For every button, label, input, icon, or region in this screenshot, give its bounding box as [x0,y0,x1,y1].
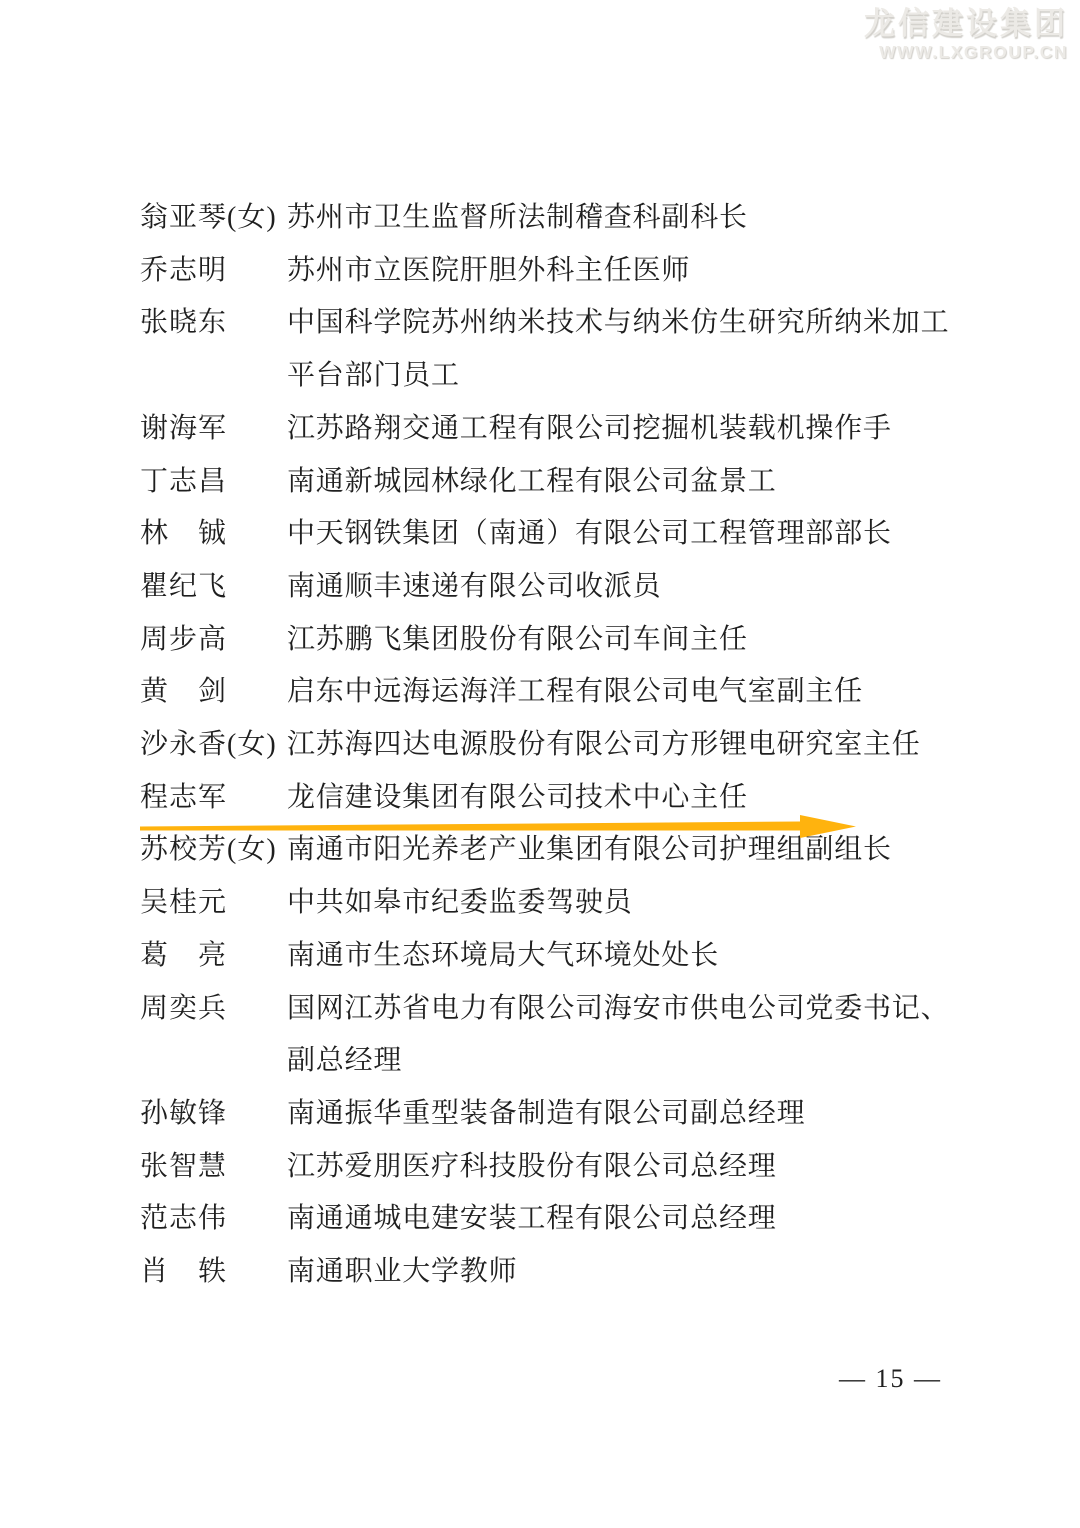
list-entry: 林 铖中天钢铁集团（南通）有限公司工程管理部部长 [140,508,952,561]
entry-description: 南通新城园林绿化工程有限公司盆景工 [287,456,952,509]
entry-description-line: 南通市生态环境局大气环境处处长 [287,930,952,983]
entry-description: 南通职业大学教师 [287,1246,952,1299]
entry-description-line: 中国科学院苏州纳米技术与纳米仿生研究所纳米加工 [287,297,952,350]
entry-description-line: 苏州市卫生监督所法制稽查科副科长 [287,192,952,245]
entry-description-line: 平台部门员工 [287,350,952,403]
entry-name: 翁亚琴(女) [140,192,287,245]
list-entry: 肖 轶南通职业大学教师 [140,1246,952,1299]
entry-description-line: 南通振华重型装备制造有限公司副总经理 [287,1088,952,1141]
list-entry: 张晓东中国科学院苏州纳米技术与纳米仿生研究所纳米加工平台部门员工 [140,297,952,402]
entry-description: 苏州市立医院肝胆外科主任医师 [287,245,952,298]
entry-description: 江苏鹏飞集团股份有限公司车间主任 [287,614,952,667]
list-entry: 苏校芳(女)南通市阳光养老产业集团有限公司护理组副组长 [140,824,952,877]
watermark-logo: 龙信建设集团 WWW.LXGROUP.CN [864,6,1068,62]
entry-name: 葛 亮 [140,930,287,983]
document-page: 龙信建设集团 WWW.LXGROUP.CN 翁亚琴(女)苏州市卫生监督所法制稽查… [0,0,1080,1528]
list-entry: 范志伟南通通城电建安装工程有限公司总经理 [140,1193,952,1246]
entry-description: 南通市阳光养老产业集团有限公司护理组副组长 [287,824,952,877]
entry-description-line: 龙信建设集团有限公司技术中心主任 [287,772,952,825]
entry-name: 林 铖 [140,508,287,561]
entry-description: 江苏路翔交通工程有限公司挖掘机装载机操作手 [287,403,952,456]
list-entry: 周奕兵国网江苏省电力有限公司海安市供电公司党委书记、副总经理 [140,983,952,1088]
entry-description: 江苏爱朋医疗科技股份有限公司总经理 [287,1141,952,1194]
list-entry: 葛 亮南通市生态环境局大气环境处处长 [140,930,952,983]
page-number: — 15 — [839,1364,942,1394]
entry-description: 南通顺丰速递有限公司收派员 [287,561,952,614]
entry-name: 丁志昌 [140,456,287,509]
entry-description-line: 江苏路翔交通工程有限公司挖掘机装载机操作手 [287,403,952,456]
entry-description: 龙信建设集团有限公司技术中心主任 [287,772,952,825]
brand-url-text: WWW.LXGROUP.CN [864,42,1068,62]
entry-description-line: 启东中远海运海洋工程有限公司电气室副主任 [287,666,952,719]
entry-name: 谢海军 [140,403,287,456]
entry-description-line: 江苏爱朋医疗科技股份有限公司总经理 [287,1141,952,1194]
entry-description-line: 南通新城园林绿化工程有限公司盆景工 [287,456,952,509]
entry-description-line: 国网江苏省电力有限公司海安市供电公司党委书记、 [287,983,952,1036]
entry-description-line: 南通市阳光养老产业集团有限公司护理组副组长 [287,824,952,877]
entry-name: 瞿纪飞 [140,561,287,614]
entry-name: 苏校芳(女) [140,824,287,877]
entry-description: 中国科学院苏州纳米技术与纳米仿生研究所纳米加工平台部门员工 [287,297,952,402]
entry-description: 启东中远海运海洋工程有限公司电气室副主任 [287,666,952,719]
entry-description-line: 江苏海四达电源股份有限公司方形锂电研究室主任 [287,719,952,772]
entry-name: 范志伟 [140,1193,287,1246]
list-entry: 张智慧江苏爱朋医疗科技股份有限公司总经理 [140,1141,952,1194]
entry-description: 南通市生态环境局大气环境处处长 [287,930,952,983]
list-entry: 周步高江苏鹏飞集团股份有限公司车间主任 [140,614,952,667]
list-entry: 程志军龙信建设集团有限公司技术中心主任 [140,772,952,825]
entry-name: 乔志明 [140,245,287,298]
entry-name: 肖 轶 [140,1246,287,1299]
entry-description: 中天钢铁集团（南通）有限公司工程管理部部长 [287,508,952,561]
entry-description-line: 中共如皋市纪委监委驾驶员 [287,877,952,930]
entry-name: 吴桂元 [140,877,287,930]
list-entry: 乔志明苏州市立医院肝胆外科主任医师 [140,245,952,298]
entry-name: 沙永香(女) [140,719,287,772]
list-entry: 吴桂元中共如皋市纪委监委驾驶员 [140,877,952,930]
list-entry: 翁亚琴(女)苏州市卫生监督所法制稽查科副科长 [140,192,952,245]
entry-name: 程志军 [140,772,287,825]
entry-name: 孙敏锋 [140,1088,287,1141]
list-entry: 黄 剑启东中远海运海洋工程有限公司电气室副主任 [140,666,952,719]
entry-description: 南通通城电建安装工程有限公司总经理 [287,1193,952,1246]
list-entry: 孙敏锋南通振华重型装备制造有限公司副总经理 [140,1088,952,1141]
entry-description-line: 南通顺丰速递有限公司收派员 [287,561,952,614]
entry-description-line: 南通通城电建安装工程有限公司总经理 [287,1193,952,1246]
entry-name: 张晓东 [140,297,287,350]
entry-name: 周奕兵 [140,983,287,1036]
list-entry: 瞿纪飞南通顺丰速递有限公司收派员 [140,561,952,614]
recognition-list: 翁亚琴(女)苏州市卫生监督所法制稽查科副科长乔志明苏州市立医院肝胆外科主任医师张… [140,192,952,1299]
list-entry: 沙永香(女)江苏海四达电源股份有限公司方形锂电研究室主任 [140,719,952,772]
entry-name: 张智慧 [140,1141,287,1194]
entry-description-line: 副总经理 [287,1035,952,1088]
entry-name: 黄 剑 [140,666,287,719]
entry-description: 国网江苏省电力有限公司海安市供电公司党委书记、副总经理 [287,983,952,1088]
entry-description: 南通振华重型装备制造有限公司副总经理 [287,1088,952,1141]
entry-description-line: 苏州市立医院肝胆外科主任医师 [287,245,952,298]
entry-description: 苏州市卫生监督所法制稽查科副科长 [287,192,952,245]
entry-description-line: 江苏鹏飞集团股份有限公司车间主任 [287,614,952,667]
entry-name: 周步高 [140,614,287,667]
entry-description: 江苏海四达电源股份有限公司方形锂电研究室主任 [287,719,952,772]
brand-text: 龙信建设集团 [864,6,1068,42]
entry-description-line: 南通职业大学教师 [287,1246,952,1299]
entry-description: 中共如皋市纪委监委驾驶员 [287,877,952,930]
list-entry: 丁志昌南通新城园林绿化工程有限公司盆景工 [140,456,952,509]
entry-description-line: 中天钢铁集团（南通）有限公司工程管理部部长 [287,508,952,561]
list-entry: 谢海军江苏路翔交通工程有限公司挖掘机装载机操作手 [140,403,952,456]
